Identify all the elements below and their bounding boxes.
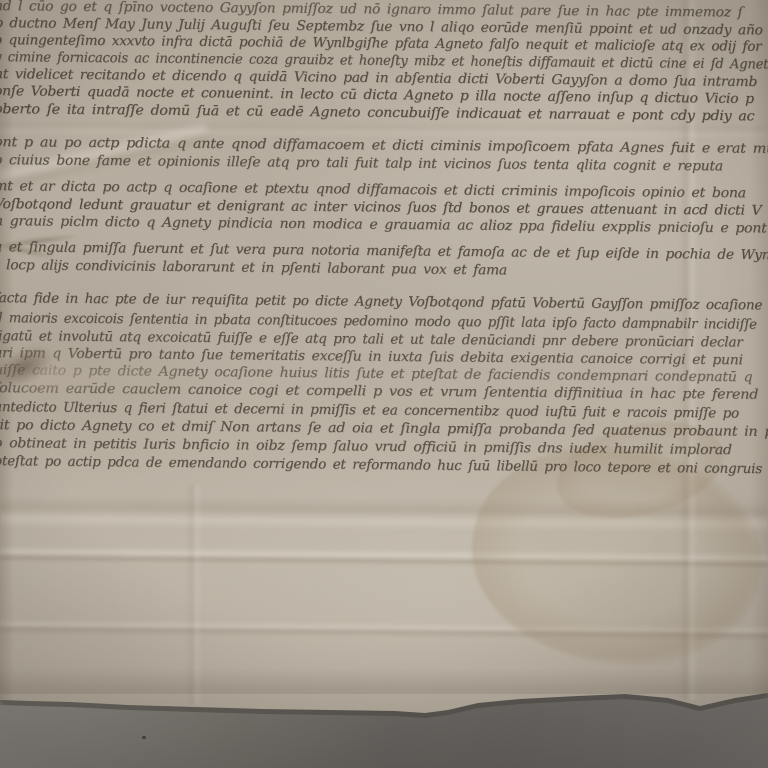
crease-mark-left-lower	[0, 241, 58, 260]
manuscript-line: tit po dicto Agnety co et dmiſ Non artan…	[0, 417, 768, 441]
manuscript-line: antedicto Ulterius q fieri ſtatui et dec…	[0, 399, 768, 423]
water-stain-lobe	[547, 406, 734, 534]
manuscript-line: nd l cūo go et q ſpīno vocteno Gayyſon p…	[0, 0, 768, 22]
fold-crease-horizontal-lower	[0, 619, 768, 642]
manuscript-page	[0, 0, 768, 768]
manuscript-line: oteſtat po actip pdca de emendando corri…	[0, 453, 768, 478]
manuscript-line: t locp alijs condivicinis laborarunt et …	[0, 257, 768, 283]
faded-area-left	[0, 355, 210, 401]
fold-crease-vertical-right	[680, 0, 698, 700]
manuscript-line: Voſbotqond ledunt grauatur et denigrant …	[0, 196, 768, 220]
manuscript-line: o quingenteſimo xxxvto infra dictā pochi…	[0, 32, 768, 56]
fold-crease-vertical-bottomleft	[186, 485, 202, 705]
water-stain-main	[458, 429, 768, 682]
manuscript-line: p ductno Menſ May Juny Julij Auguſti ſeu…	[0, 15, 768, 40]
dark-crease-blotch-left	[0, 337, 60, 397]
paper-edge-shadow	[0, 5, 768, 768]
fold-crease-diagonal-topleft	[0, 109, 212, 206]
manuscript-line: uiſſe caito p pte dicte Agnety ocaſione …	[0, 362, 768, 387]
photo-vignette	[0, 0, 768, 768]
manuscript-line: o ciuius bone fame et opinionis illeſe a…	[0, 152, 768, 176]
manuscript-line: oberto ſe ita intraſſe domū ſuā et cū ea…	[0, 101, 768, 126]
manuscript-line: ari ipm q Vobertū pro tanto ſue temerita…	[0, 345, 768, 370]
paper-right-edge-shading	[750, 0, 768, 696]
photo-of-manuscript: nd l cūo go et q ſpīno vocteno Gayyſon p…	[0, 0, 768, 768]
manuscript-line: ont p au po actp pdicta q ante qnod diff…	[0, 134, 768, 158]
manuscript-line: nt videlicet recitando et dicendo q quid…	[0, 66, 768, 92]
manuscript-line: d maioris excoicois ſententia in pbata c…	[0, 310, 768, 334]
manuscript-line: ſolucoem earūde cauclem canoice cogi et …	[0, 380, 768, 404]
manuscript-line: a et ſingula pmiſſa fuerunt et ſut vera …	[0, 239, 768, 265]
manuscript-line: ligatū et involutū atq excoicatū fuiſſe …	[0, 328, 768, 352]
paper-grain-texture	[0, 0, 768, 768]
manuscript-line: y cimine fornicacois ac incontinencie co…	[0, 49, 768, 74]
manuscript-line: onſe Voberti quadā nocte et conuenint. i…	[0, 83, 768, 109]
manuscript-line: o obtineat in petitis Iuris bnficio in o…	[0, 435, 768, 460]
faded-smudge-left	[0, 338, 100, 408]
fold-band-below-text	[0, 495, 768, 532]
fold-crease-horizontal-upper	[0, 120, 768, 138]
crease-mark-left-upper	[0, 233, 80, 249]
manuscript-line: facta fide in hac pte de iur requiſita p…	[0, 290, 768, 315]
bottom-edge-darkening	[0, 668, 768, 694]
manuscript-text: nd l cūo go et q ſpīno vocteno Gayyſon p…	[0, 0, 768, 768]
dust-speck	[142, 736, 146, 739]
manuscript-line: mt et ar dicta po actp q ocaſione et pte…	[0, 178, 768, 203]
fold-crease-horizontal-mid	[0, 546, 768, 573]
paper-left-edge-shading	[0, 0, 14, 702]
manuscript-line: n grauis piclm dicto q Agnety pindicia n…	[0, 213, 768, 238]
